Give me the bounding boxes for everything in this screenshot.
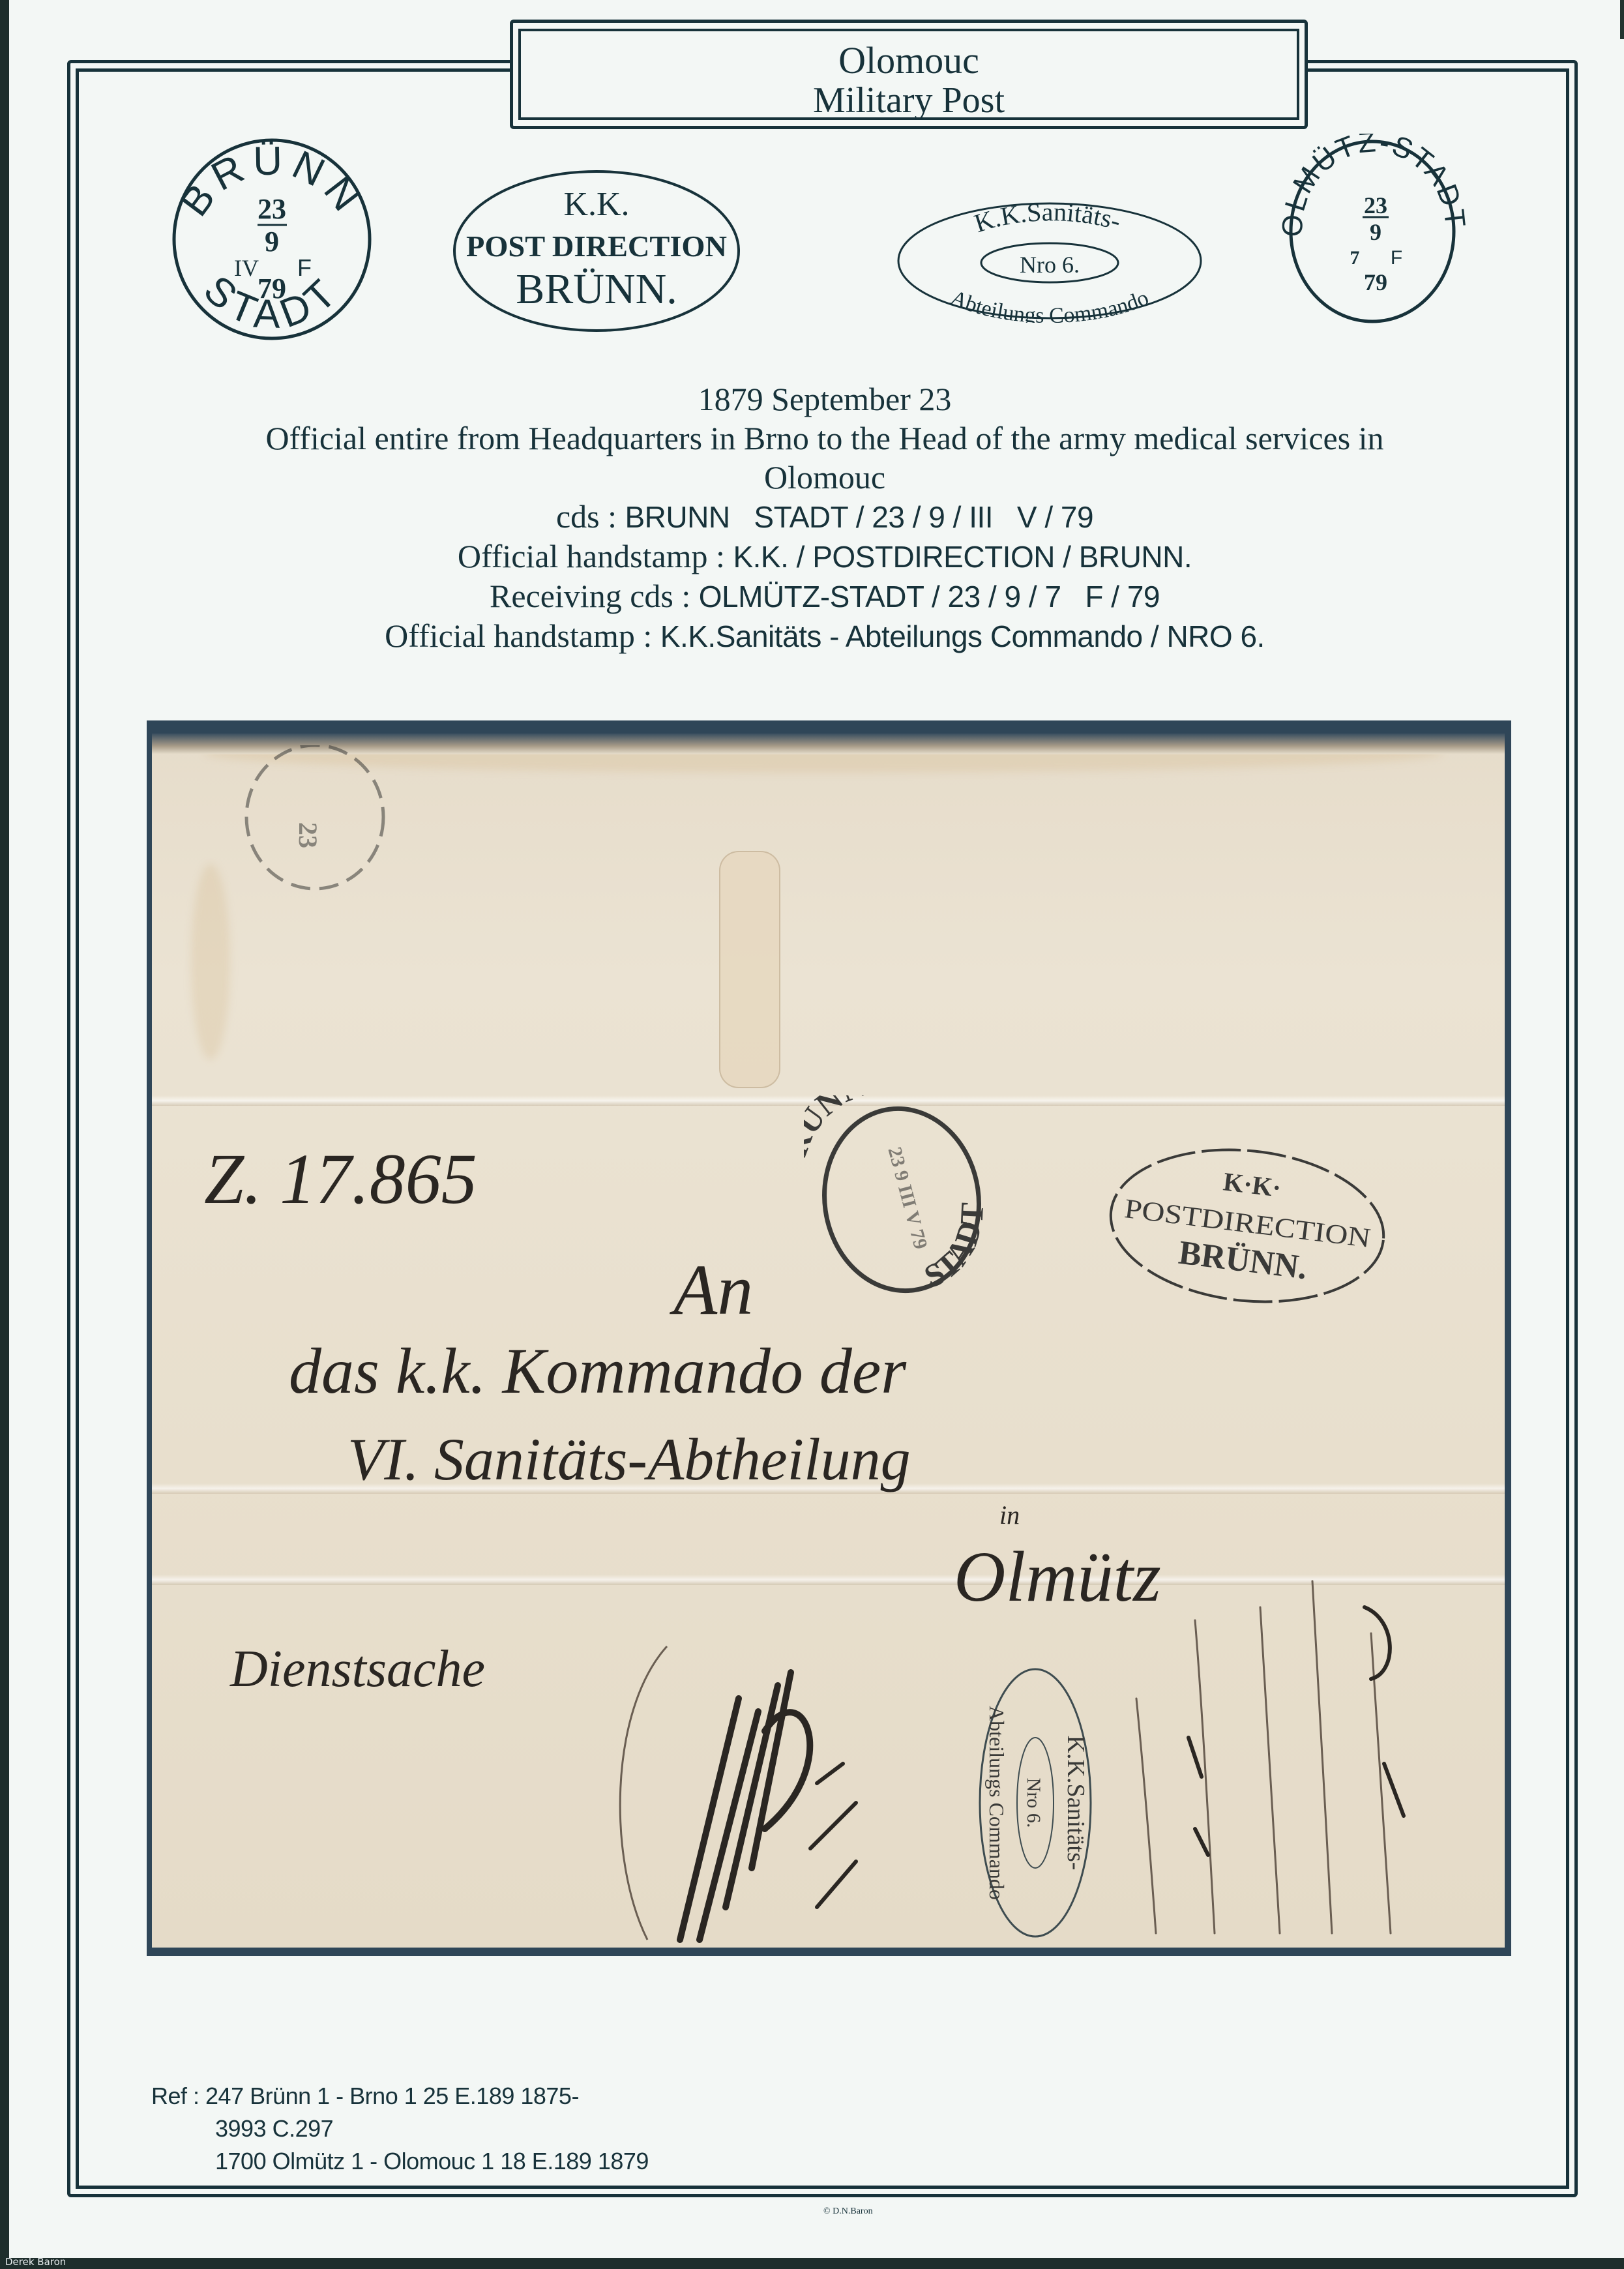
svg-text:POST DIRECTION: POST DIRECTION (466, 230, 727, 263)
svg-text:23 9 III V 79: 23 9 III V 79 (883, 1145, 931, 1252)
cover-postdirection-oval: K·K· POSTDIRECTION BRÜNN. (1104, 1144, 1391, 1307)
handstamp1-value: K.K. / POSTDIRECTION / BRUNN. (733, 540, 1192, 574)
svg-text:Nro 6.: Nro 6. (1023, 1778, 1044, 1828)
svg-text:BRÜNN: BRÜNN (804, 1095, 870, 1181)
references-block: Ref : 247 Brünn 1 - Brno 1 25 E.189 1875… (151, 2080, 649, 2178)
service-note: Dienstsache (230, 1640, 485, 1699)
address-line-2: das k.k. Kommando der (289, 1333, 906, 1408)
svg-text:F: F (297, 254, 312, 281)
svg-text:Abteilungs Commando: Abteilungs Commando (985, 1706, 1009, 1900)
title-inner-frame: Olomouc Military Post (518, 29, 1299, 120)
cds-line: cds : BRUNN STADT / 23 / 9 / III V / 79 (150, 497, 1499, 537)
page-subtitle: Military Post (521, 81, 1297, 120)
sanitats-top-arc: K.K.Sanitäts- (971, 199, 1125, 238)
receiving-line: Receiving cds : OLMÜTZ-STADT / 23 / 9 / … (150, 576, 1499, 616)
summary-line-1: Official entire from Headquarters in Brn… (150, 419, 1499, 458)
brunn-cds-illustration: BRÜNN STADT 23 9 IV F 79 (160, 134, 385, 342)
scanner-edge-left (0, 0, 9, 2269)
title-box: Olomouc Military Post (510, 20, 1308, 129)
svg-text:F: F (1391, 247, 1402, 269)
cover-brunn-cds: BRÜNN STADT 23 9 III V 79 (804, 1095, 999, 1304)
svg-text:79: 79 (258, 273, 286, 304)
stain (191, 864, 230, 1060)
svg-text:STADT: STADT (919, 1202, 990, 1295)
reference-number: Z. 17.865 (204, 1138, 477, 1221)
svg-text:23: 23 (258, 193, 286, 225)
cds-label: cds : (556, 498, 625, 535)
svg-text:K·K·: K·K· (1222, 1166, 1283, 1202)
handstamp2-label: Official handstamp : (385, 617, 660, 654)
receiving-value: OLMÜTZ-STADT / 23 / 9 / 7 F / 79 (699, 580, 1160, 614)
back-cds-faint: 23 (230, 745, 400, 915)
scanner-edge-bottom (0, 2258, 1624, 2269)
docket-handwriting (1097, 1568, 1462, 1946)
seal-tear (719, 851, 780, 1088)
cover-sanitats-oval: K.K.Sanitäts- Nro 6. Abteilungs Commando (970, 1659, 1100, 1946)
handstamp2-line: Official handstamp : K.K.Sanitäts - Abte… (150, 616, 1499, 656)
reference-line-1: Ref : 247 Brünn 1 - Brno 1 25 E.189 1875… (151, 2080, 649, 2113)
svg-text:9: 9 (1370, 219, 1381, 245)
svg-text:K.K.Sanitäts-: K.K.Sanitäts- (1062, 1736, 1089, 1871)
summary-line-2: Olomouc (150, 458, 1499, 497)
sanitats-illustration: K.K.Sanitäts- Nro 6. Abteilungs Commando (893, 199, 1206, 323)
handstamp1-line: Official handstamp : K.K. / POSTDIRECTIO… (150, 537, 1499, 576)
svg-text:BRÜNN.: BRÜNN. (516, 265, 677, 313)
svg-text:7: 7 (1350, 247, 1360, 269)
scanner-edge-right (1620, 0, 1624, 39)
cover-date: 1879 September 23 (150, 379, 1499, 419)
svg-text:79: 79 (1364, 269, 1387, 295)
address-line-3: VI. Sanitäts-Abtheilung (347, 1425, 911, 1494)
sanitats-bottom-arc: Abteilungs Commando (947, 286, 1153, 323)
olmutz-cds-illustration: OLMÜTZ-STADT 23 9 7 F 79 (1278, 134, 1467, 329)
svg-text:23: 23 (293, 822, 323, 848)
svg-text:K.K.: K.K. (563, 186, 629, 223)
svg-text:Nro 6.: Nro 6. (1020, 252, 1080, 278)
address-an: An (673, 1249, 753, 1331)
copyright-notice: © D.N.Baron (823, 2206, 873, 2217)
receiving-label: Receiving cds : (490, 578, 699, 614)
post-direction-illustration: K.K. POST DIRECTION BRÜNN. (450, 166, 743, 336)
svg-text:23: 23 (1364, 192, 1387, 218)
address-in: in (999, 1500, 1020, 1530)
handstamp1-label: Official handstamp : (458, 538, 733, 574)
cds-value: BRUNN STADT / 23 / 9 / III V / 79 (625, 500, 1093, 534)
svg-text:IV: IV (234, 255, 259, 281)
page-title: Olomouc (521, 40, 1297, 81)
signature-scribble (569, 1633, 895, 1946)
cover-letter-image: 23 BRÜNN STADT 23 9 III V 79 K·K· POSTDI… (152, 734, 1505, 1948)
reference-line-2: 3993 C.297 (151, 2113, 649, 2145)
scan-watermark: Derek Baron (5, 2256, 66, 2268)
reference-line-3: 1700 Olmütz 1 - Olomouc 1 18 E.189 1879 (151, 2145, 649, 2178)
handstamp2-value: K.K.Sanitäts - Abteilungs Commando / NRO… (660, 619, 1265, 653)
svg-text:9: 9 (265, 226, 279, 258)
description-block: 1879 September 23 Official entire from H… (150, 379, 1499, 656)
